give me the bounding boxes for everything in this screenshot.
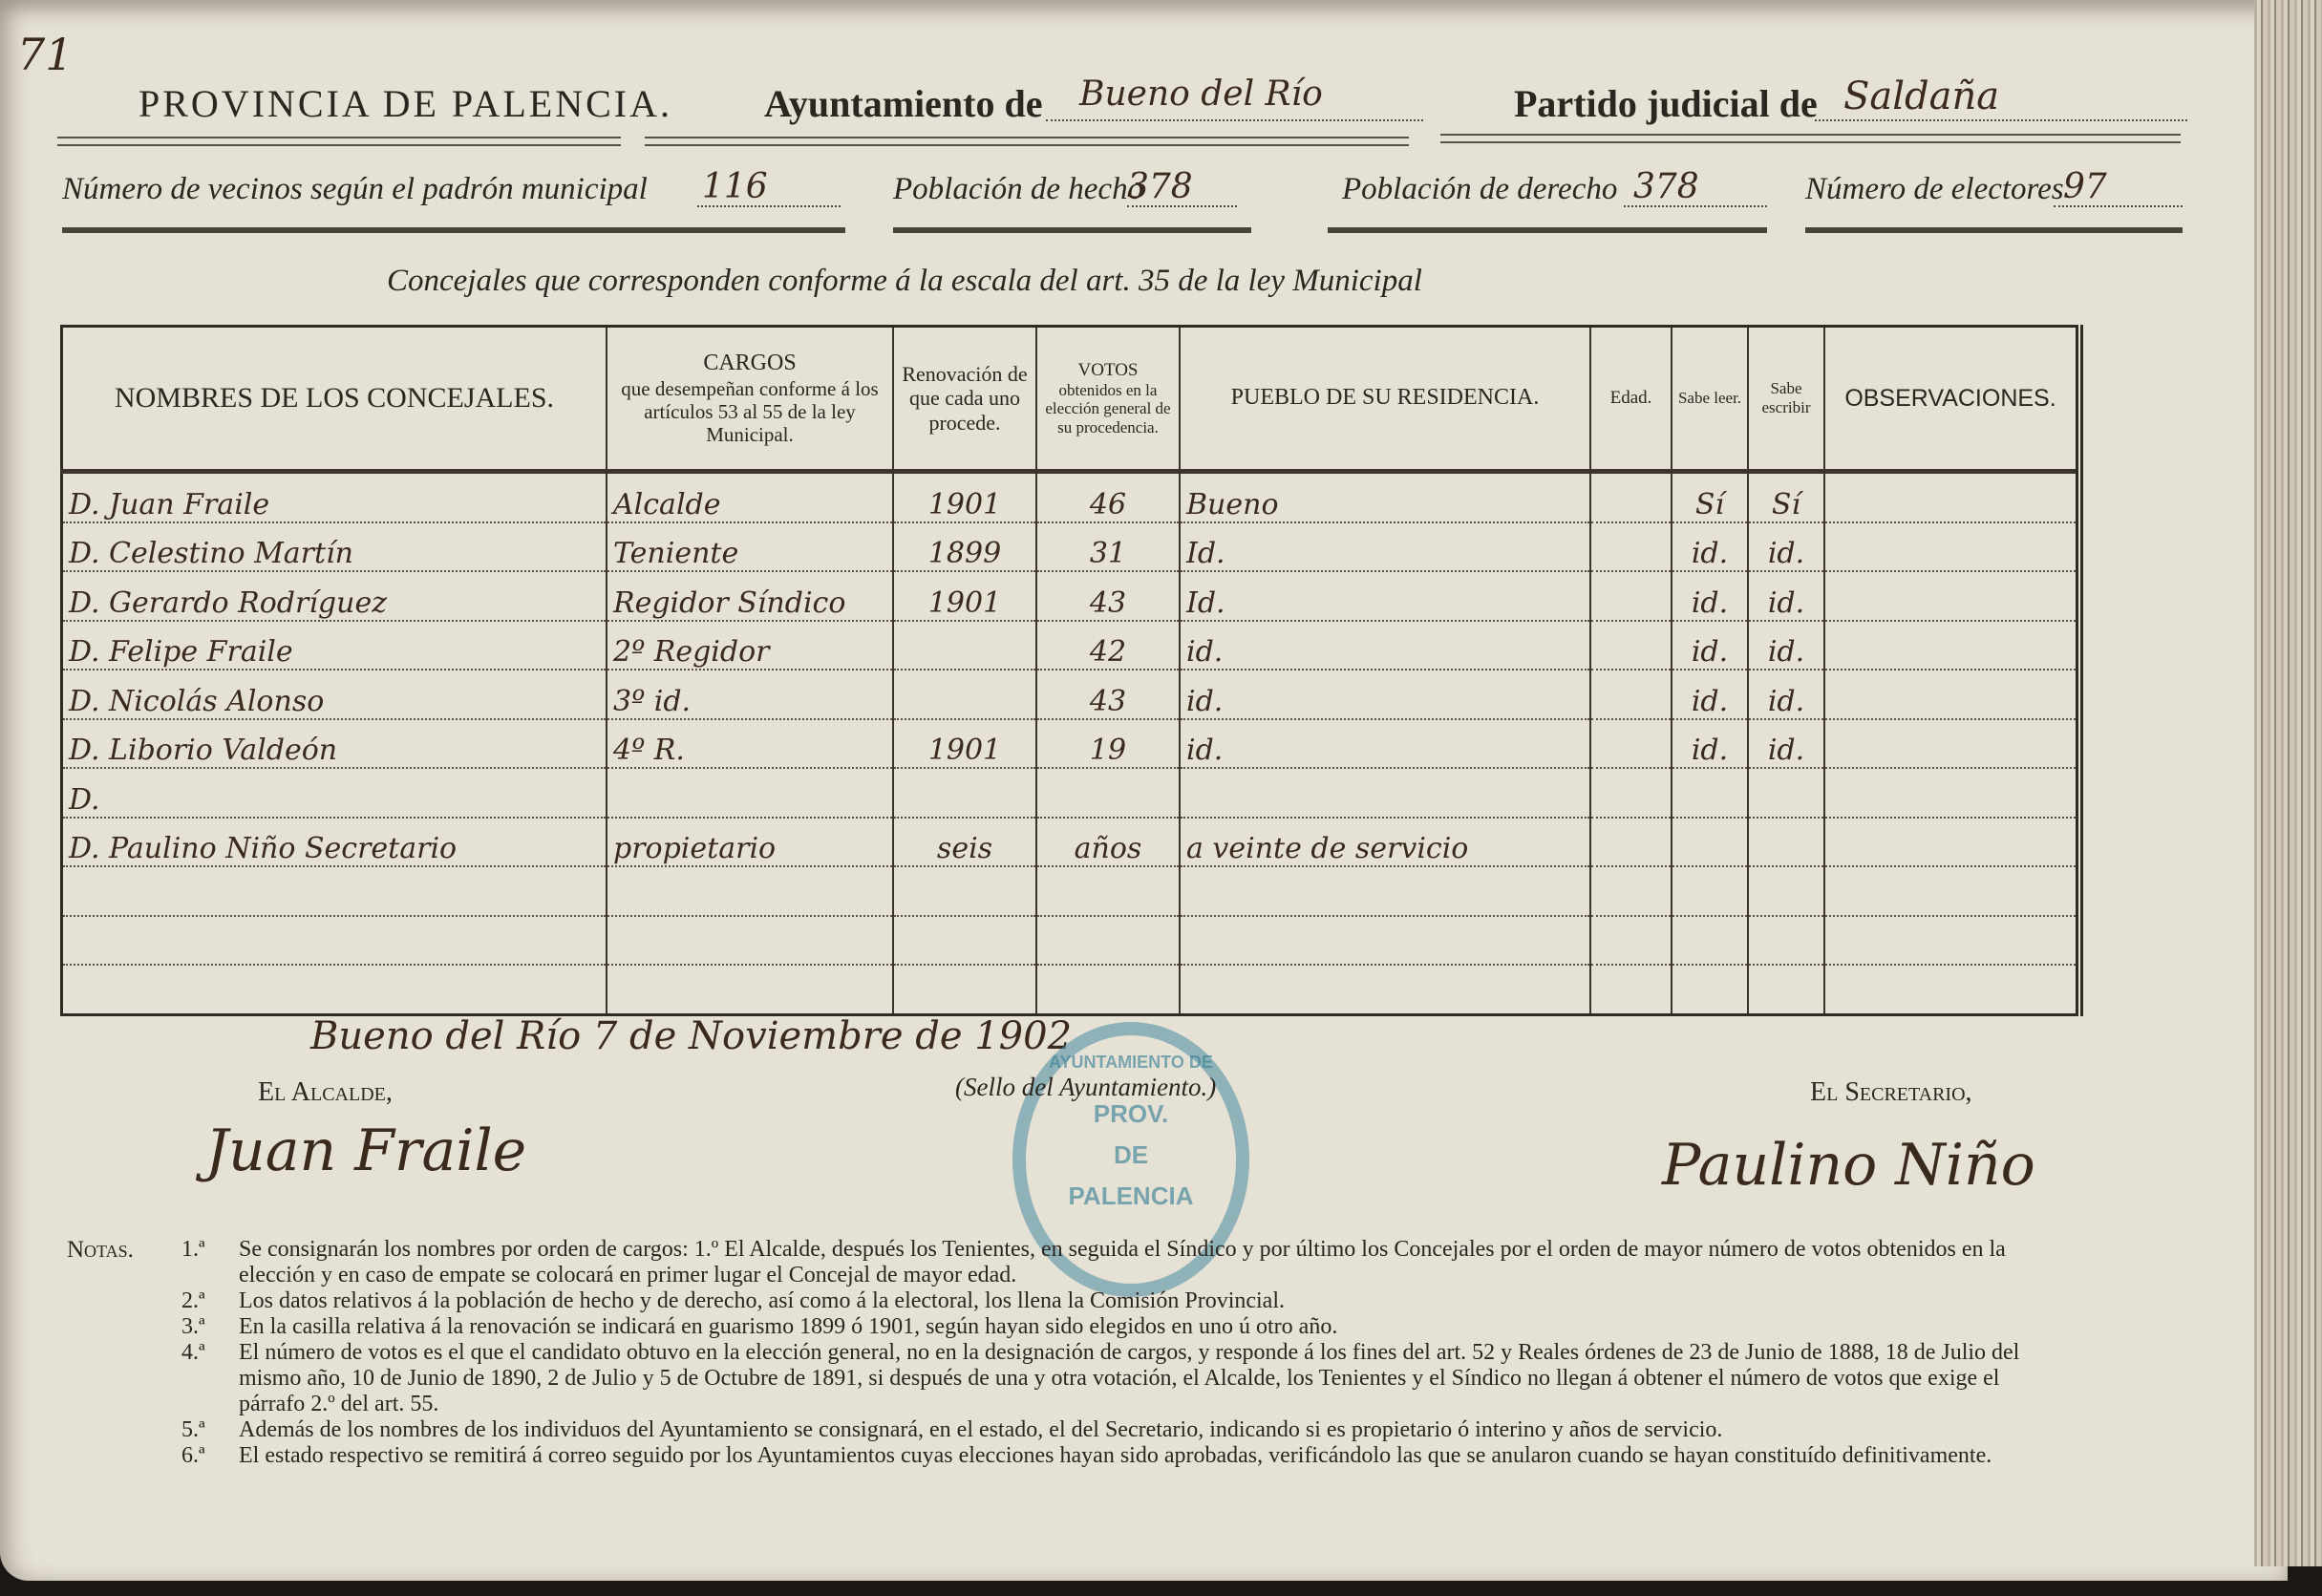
date-line: Bueno del Río 7 de Noviembre de 1902 — [310, 1014, 1072, 1058]
nota-text: El estado respectivo se remitirá á corre… — [239, 1443, 1992, 1468]
notas-label: Notas. — [67, 1237, 134, 1263]
cell-leer — [1672, 916, 1748, 966]
cell-renovacion — [893, 768, 1036, 818]
cell-pueblo — [1180, 866, 1590, 916]
votos-subtitle: obtenidos en la elección general de su p… — [1041, 381, 1175, 437]
col-header-nombres: NOMBRES DE LOS CONCEJALES. — [62, 327, 607, 472]
cell-leer — [1672, 965, 1748, 1014]
cell-edad — [1590, 571, 1672, 621]
votos-title: VOTOS — [1041, 360, 1175, 381]
cell-obs — [1824, 571, 2079, 621]
cell-pueblo — [1180, 965, 1590, 1014]
cell-nombre — [62, 866, 607, 916]
stamp-text: AYUNTAMIENTO DE — [1026, 1053, 1236, 1073]
cell-escribir — [1748, 768, 1824, 818]
cell-nombre: D. Liborio Valdeón — [62, 719, 607, 769]
cell-leer: id. — [1672, 522, 1748, 572]
cell-escribir: id. — [1748, 670, 1824, 719]
cell-obs — [1824, 768, 2079, 818]
cell-votos: 43 — [1036, 670, 1180, 719]
concejales-table: NOMBRES DE LOS CONCEJALES. CARGOS que de… — [60, 325, 2083, 1016]
cell-obs — [1824, 670, 2079, 719]
notas-section: Notas. 1.ªSe consignarán los nombres por… — [67, 1237, 2054, 1469]
stamp-text: PALENCIA — [1026, 1181, 1236, 1211]
table-row: D. Gerardo RodríguezRegidor Síndico19014… — [62, 571, 2080, 621]
nota-text: En la casilla relativa á la renovación s… — [239, 1314, 1337, 1339]
cell-votos: 43 — [1036, 571, 1180, 621]
cell-nombre: D. — [62, 768, 607, 818]
cell-votos — [1036, 916, 1180, 966]
col-header-observaciones: OBSERVACIONES. — [1824, 327, 2079, 472]
cell-escribir: Sí — [1748, 472, 1824, 522]
cell-pueblo: id. — [1180, 719, 1590, 769]
nota-text: El número de votos es el que el candidat… — [239, 1340, 2019, 1416]
cell-votos — [1036, 768, 1180, 818]
nota-number: 5.ª — [181, 1417, 205, 1443]
cell-pueblo: id. — [1180, 670, 1590, 719]
table-row: D. Juan FraileAlcalde190146BuenoSíSí — [62, 472, 2080, 522]
cell-nombre: D. Felipe Fraile — [62, 621, 607, 670]
cell-edad — [1590, 719, 1672, 769]
cell-votos — [1036, 965, 1180, 1014]
nota-number: 3.ª — [181, 1314, 205, 1340]
cell-edad — [1590, 670, 1672, 719]
nota-number: 2.ª — [181, 1288, 205, 1314]
provincia-heading: PROVINCIA DE PALENCIA. — [138, 81, 672, 126]
stats-rule — [62, 227, 845, 233]
cell-renovacion — [893, 916, 1036, 966]
electores-label: Número de electores — [1805, 172, 2064, 207]
cell-edad — [1590, 621, 1672, 670]
cell-leer: id. — [1672, 571, 1748, 621]
nota-item: 4.ªEl número de votos es el que el candi… — [181, 1340, 2054, 1417]
cell-obs — [1824, 719, 2079, 769]
cell-pueblo: Bueno — [1180, 472, 1590, 522]
nota-text: Además de los nombres de los individuos … — [239, 1417, 1722, 1442]
book-page-edges — [2254, 0, 2322, 1566]
cargos-title: CARGOS — [611, 351, 888, 377]
cell-cargo — [607, 866, 893, 916]
cell-leer: id. — [1672, 670, 1748, 719]
cell-renovacion — [893, 670, 1036, 719]
col-header-cargos: CARGOS que desempeñan conforme á los art… — [607, 327, 893, 472]
cell-obs — [1824, 621, 2079, 670]
cell-cargo — [607, 965, 893, 1014]
ayuntamiento-label: Ayuntamiento de — [764, 81, 1042, 126]
cell-escribir: id. — [1748, 571, 1824, 621]
stats-rule — [1328, 227, 1767, 233]
stats-rule — [893, 227, 1251, 233]
nota-number: 1.ª — [181, 1237, 205, 1263]
cell-escribir — [1748, 965, 1824, 1014]
table-row: D. Nicolás Alonso3º id.43id.id.id. — [62, 670, 2080, 719]
nota-item: 1.ªSe consignarán los nombres por orden … — [181, 1237, 2054, 1288]
cell-renovacion: 1901 — [893, 719, 1036, 769]
sello-label: (Sello del Ayuntamiento.) — [955, 1073, 1216, 1102]
cell-edad — [1590, 522, 1672, 572]
cell-pueblo: Id. — [1180, 522, 1590, 572]
cell-leer: Sí — [1672, 472, 1748, 522]
table-row: D. Felipe Fraile2º Regidor42id.id.id. — [62, 621, 2080, 670]
cell-leer: id. — [1672, 621, 1748, 670]
cell-votos: 31 — [1036, 522, 1180, 572]
table-row — [62, 965, 2080, 1014]
cell-edad — [1590, 768, 1672, 818]
cell-pueblo: a veinte de servicio — [1180, 818, 1590, 867]
cell-obs — [1824, 916, 2079, 966]
secretario-signature: Paulino Niño — [1662, 1132, 2035, 1199]
ayuntamiento-value: Bueno del Río — [1079, 74, 1323, 114]
nota-item: 6.ªEl estado respectivo se remitirá á co… — [181, 1443, 2054, 1469]
partido-value: Saldaña — [1843, 74, 1999, 118]
cell-cargo: 2º Regidor — [607, 621, 893, 670]
cell-leer — [1672, 866, 1748, 916]
secretario-label: El Secretario, — [1810, 1077, 1972, 1108]
cell-escribir: id. — [1748, 522, 1824, 572]
electores-value: 97 — [2063, 167, 2107, 206]
cell-cargo: Regidor Síndico — [607, 571, 893, 621]
cell-cargo: Teniente — [607, 522, 893, 572]
cell-cargo: Alcalde — [607, 472, 893, 522]
cell-cargo — [607, 768, 893, 818]
cell-edad — [1590, 818, 1672, 867]
col-header-edad: Edad. — [1590, 327, 1672, 472]
cell-pueblo: id. — [1180, 621, 1590, 670]
cell-votos: años — [1036, 818, 1180, 867]
cell-pueblo: Id. — [1180, 571, 1590, 621]
header-rule — [1440, 134, 2181, 143]
cell-nombre: D. Nicolás Alonso — [62, 670, 607, 719]
derecho-value: 378 — [1633, 167, 1699, 206]
cell-votos: 42 — [1036, 621, 1180, 670]
cell-obs — [1824, 522, 2079, 572]
table-row — [62, 866, 2080, 916]
cell-nombre: D. Juan Fraile — [62, 472, 607, 522]
cell-nombre — [62, 916, 607, 966]
cell-renovacion — [893, 965, 1036, 1014]
cell-edad — [1590, 866, 1672, 916]
cell-renovacion: 1901 — [893, 571, 1036, 621]
cell-escribir — [1748, 818, 1824, 867]
cell-obs — [1824, 472, 2079, 522]
col-header-renovacion: Renovación de que cada uno procede. — [893, 327, 1036, 472]
cell-obs — [1824, 965, 2079, 1014]
cell-cargo: propietario — [607, 818, 893, 867]
table-row: D. — [62, 768, 2080, 818]
cell-votos — [1036, 866, 1180, 916]
col-header-pueblo: PUEBLO DE SU RESIDENCIA. — [1180, 327, 1590, 472]
col-header-votos: VOTOS obtenidos en la elección general d… — [1036, 327, 1180, 472]
concejales-subtitle: Concejales que corresponden conforme á l… — [387, 264, 1422, 299]
cell-escribir: id. — [1748, 719, 1824, 769]
cell-renovacion — [893, 621, 1036, 670]
cell-obs — [1824, 818, 2079, 867]
cell-leer: id. — [1672, 719, 1748, 769]
stamp-text: DE — [1026, 1140, 1236, 1170]
alcalde-label: El Alcalde, — [258, 1077, 393, 1108]
nota-item: 3.ªEn la casilla relativa á la renovació… — [181, 1314, 2054, 1340]
nota-number: 6.ª — [181, 1443, 205, 1469]
cell-cargo: 4º R. — [607, 719, 893, 769]
cell-cargo: 3º id. — [607, 670, 893, 719]
table-row: D. Liborio Valdeón4º R.190119id.id.id. — [62, 719, 2080, 769]
col-header-sabe-leer: Sabe leer. — [1672, 327, 1748, 472]
cell-nombre: D. Celestino Martín — [62, 522, 607, 572]
stats-rule — [1805, 227, 2183, 233]
cell-renovacion: 1901 — [893, 472, 1036, 522]
derecho-label: Población de derecho — [1342, 172, 1617, 207]
col-header-sabe-escribir: Sabe escribir — [1748, 327, 1824, 472]
partido-fill-line — [1815, 119, 2187, 121]
cell-edad — [1590, 472, 1672, 522]
cell-escribir — [1748, 916, 1824, 966]
cell-renovacion — [893, 866, 1036, 916]
cell-renovacion: 1899 — [893, 522, 1036, 572]
cell-escribir: id. — [1748, 621, 1824, 670]
nota-text: Los datos relativos á la población de he… — [239, 1288, 1285, 1313]
table-row: D. Paulino Niño Secretariopropietariosei… — [62, 818, 2080, 867]
cell-cargo — [607, 916, 893, 966]
cell-escribir — [1748, 866, 1824, 916]
cell-nombre: D. Gerardo Rodríguez — [62, 571, 607, 621]
header-rule — [57, 137, 621, 146]
folio-number: 71 — [17, 29, 74, 80]
cell-obs — [1824, 866, 2079, 916]
cargos-subtitle: que desempeñan conforme á los artículos … — [611, 377, 888, 446]
partido-label: Partido judicial de — [1514, 81, 1818, 126]
cell-renovacion: seis — [893, 818, 1036, 867]
cell-leer — [1672, 768, 1748, 818]
vecinos-label: Número de vecinos según el padrón munici… — [62, 172, 648, 207]
cell-edad — [1590, 916, 1672, 966]
hecho-value: 378 — [1127, 167, 1193, 206]
cell-votos: 19 — [1036, 719, 1180, 769]
table-header-row: NOMBRES DE LOS CONCEJALES. CARGOS que de… — [62, 327, 2080, 472]
vecinos-value: 116 — [702, 167, 768, 206]
nota-text: Se consignarán los nombres por orden de … — [239, 1237, 2006, 1287]
nota-number: 4.ª — [181, 1340, 205, 1366]
cell-nombre — [62, 965, 607, 1014]
cell-pueblo — [1180, 768, 1590, 818]
hecho-label: Población de hecho — [893, 172, 1143, 207]
stamp-text: PROV. — [1026, 1099, 1236, 1129]
document-page: 71 PROVINCIA DE PALENCIA. Ayuntamiento d… — [0, 0, 2288, 1581]
cell-edad — [1590, 965, 1672, 1014]
alcalde-signature: Juan Fraile — [205, 1117, 526, 1184]
cell-nombre: D. Paulino Niño Secretario — [62, 818, 607, 867]
ayuntamiento-fill-line — [1046, 119, 1423, 121]
header-rule — [645, 137, 1409, 146]
cell-leer — [1672, 818, 1748, 867]
table-row — [62, 916, 2080, 966]
cell-votos: 46 — [1036, 472, 1180, 522]
cell-pueblo — [1180, 916, 1590, 966]
nota-item: 2.ªLos datos relativos á la población de… — [181, 1288, 2054, 1314]
nota-item: 5.ªAdemás de los nombres de los individu… — [181, 1417, 2054, 1443]
table-row: D. Celestino MartínTeniente189931Id.id.i… — [62, 522, 2080, 572]
